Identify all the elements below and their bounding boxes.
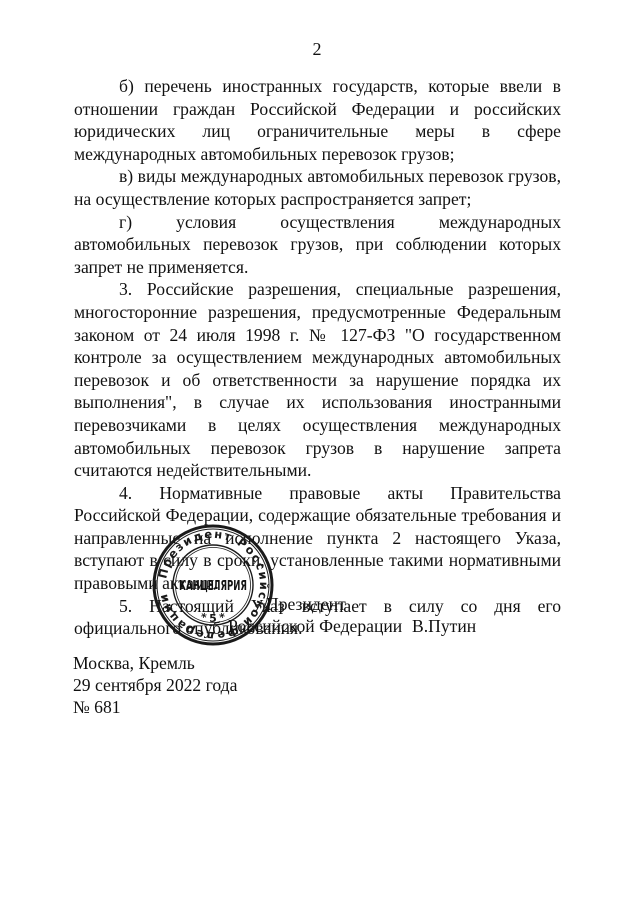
paragraph-g-conditions: г) условия осуществления международных а… [74,211,561,279]
paragraph-b-foreign-states-list: б) перечень иностранных государств, кото… [74,75,561,165]
signatory-title-line-2: Российской Федерации [228,615,402,638]
decree-body: б) перечень иностранных государств, кото… [74,75,561,640]
paragraph-v-transport-types: в) виды международных автомобильных пере… [74,165,561,210]
paragraph-4-normative-acts: 4. Нормативные правовые акты Правительст… [74,482,561,595]
signatory-title-line-1: Президент [266,593,346,616]
document-page: 2 б) перечень иностранных государств, ко… [0,0,634,899]
svg-text:* 5 *: * 5 * [199,610,227,625]
decree-number: № 681 [73,696,237,718]
issuance-date: 29 сентября 2022 года [73,674,237,696]
stamp-center-text: КАНЦЕЛЯРИЯ [179,579,247,594]
stamp-bottom-text: * 5 * [199,610,227,625]
page-number: 2 [0,38,634,60]
issuance-place: Москва, Кремль [73,652,237,674]
issuance-details: Москва, Кремль 29 сентября 2022 года № 6… [73,652,237,718]
signatory-name: В.Путин [412,615,476,638]
paragraph-3-permits-invalid: 3. Российские разрешения, специальные ра… [74,278,561,481]
